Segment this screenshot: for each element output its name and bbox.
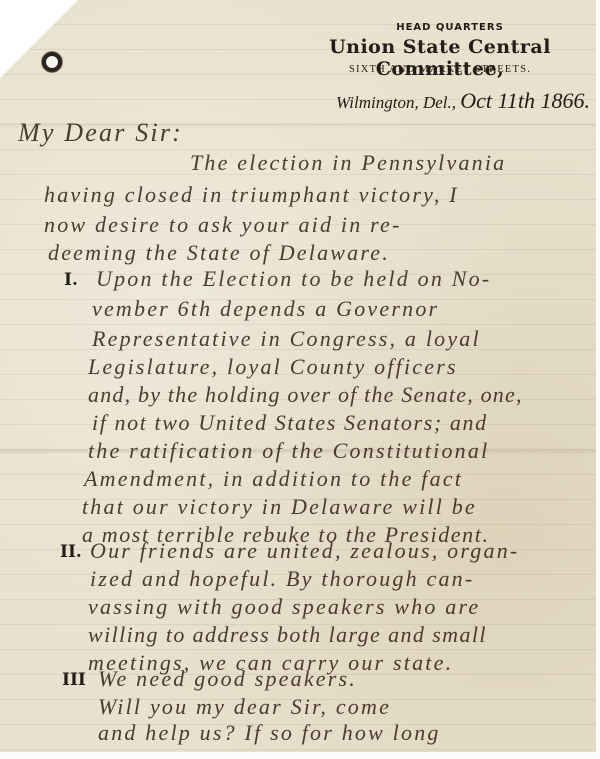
section-line: ized and hopeful. By thorough can- (90, 566, 474, 592)
section-line: Our friends are united, zealous, organ- (90, 538, 519, 564)
section-line: the ratification of the Constitutional (88, 438, 489, 464)
section-line: Upon the Election to be held on No- (96, 266, 491, 292)
body-line: having closed in triumphant victory, I (44, 182, 459, 208)
section-line: Will you my dear Sir, come (98, 694, 391, 720)
section-line: Amendment, in addition to the fact (84, 466, 463, 492)
place: Wilmington, Del., (336, 93, 456, 112)
salutation: My Dear Sir: (18, 118, 183, 148)
section-numeral: III (62, 670, 86, 690)
date: Oct 11th 1866. (460, 88, 590, 113)
letterhead-place-date: Wilmington, Del., Oct 11th 1866. (290, 88, 590, 114)
section-numeral: II. (60, 542, 82, 562)
section-line: Legislature, loyal County officers (88, 354, 458, 380)
section-numeral: I. (64, 270, 78, 290)
section-line: vassing with good speakers who are (88, 594, 480, 620)
section-line: and help us? If so for how long (98, 720, 441, 746)
body-line: The election in Pennsylvania (190, 150, 506, 176)
scan-border (0, 752, 600, 759)
section-line: vember 6th depends a Governor (92, 296, 439, 322)
section-line: that our victory in Delaware will be (82, 494, 477, 520)
section-line: willing to address both large and small (88, 622, 487, 648)
section-line: We need good speakers. (98, 666, 357, 692)
section-line: if not two United States Senators; and (92, 410, 488, 436)
section-line: and, by the holding over of the Senate, … (88, 382, 523, 408)
section-line: Representative in Congress, a loyal (92, 326, 481, 352)
letterhead-address: SIXTH AND MARKET STREETS. (320, 64, 560, 75)
body-line: deeming the State of Delaware. (48, 240, 390, 266)
letterhead-head-quarters: HEAD QUARTERS (360, 22, 540, 33)
grommet-hole-icon (42, 52, 62, 72)
body-line: now desire to ask your aid in re- (44, 212, 402, 238)
